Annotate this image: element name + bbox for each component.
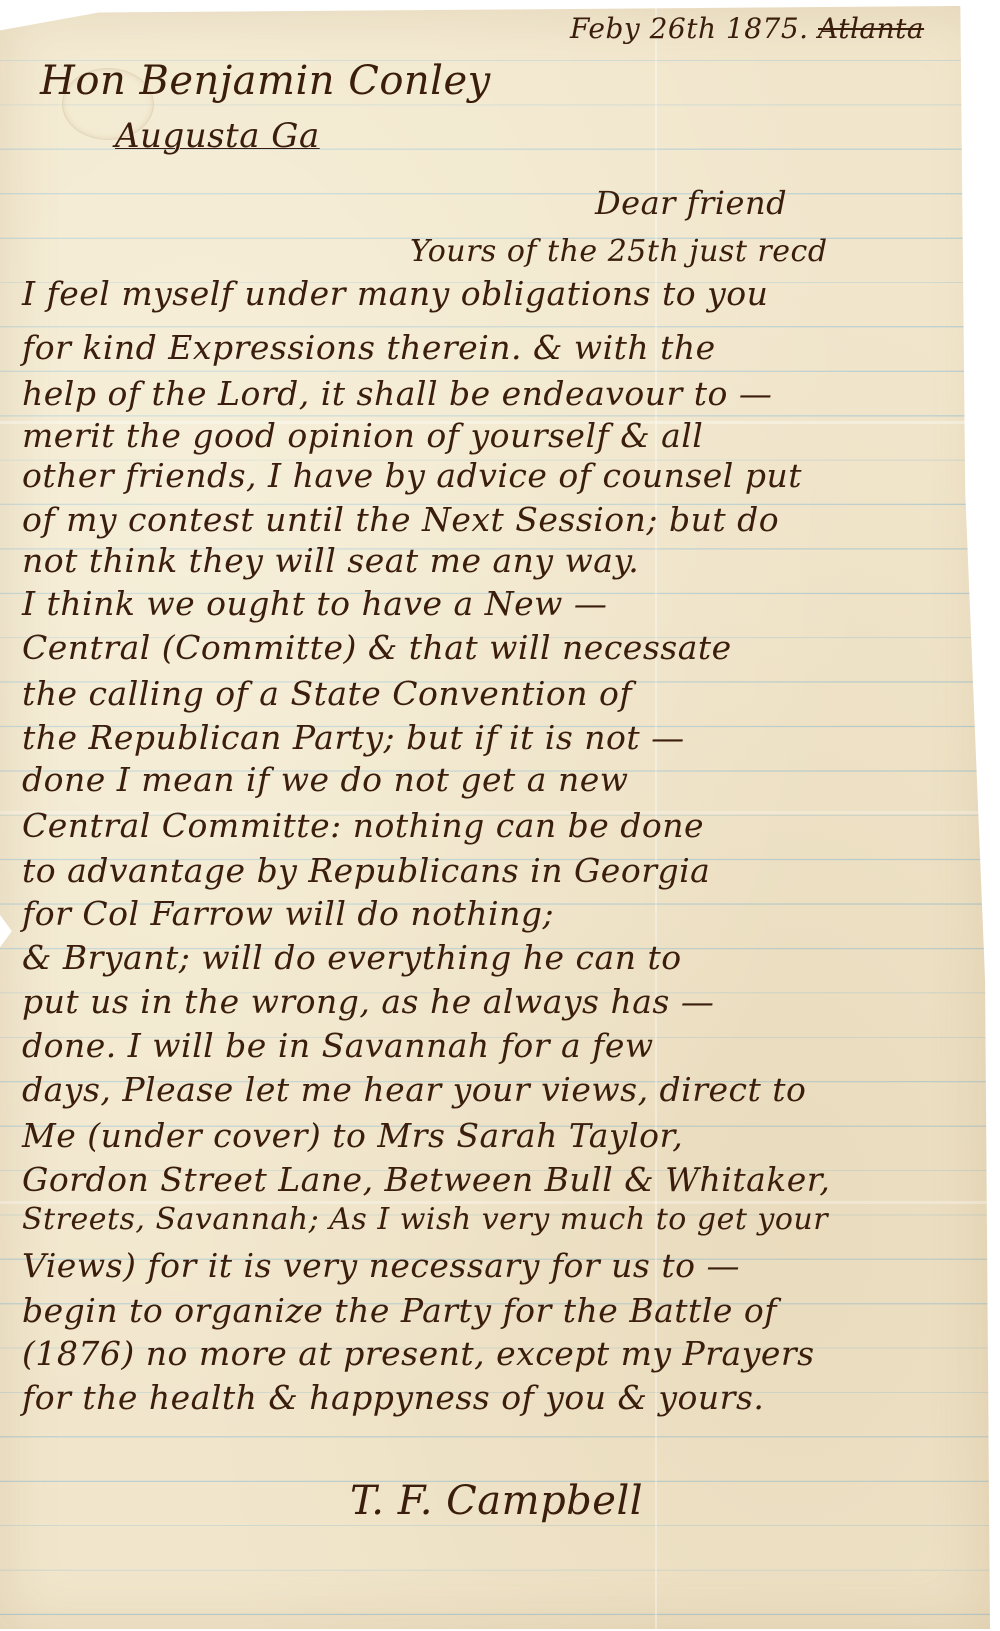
body-line: not think they will seat me any way. [22,541,639,580]
struck-place-text: Atlanta [818,12,924,45]
body-line: the Republican Party; but if it is not — [22,718,685,757]
body-line: I think we ought to have a New — [22,584,607,623]
body-line: Streets, Savannah; As I wish very much t… [22,1202,828,1237]
body-line: for Col Farrow will do nothing; [22,894,554,933]
body-line: for the health & happyness of you & your… [22,1378,764,1417]
body-line: I feel myself under many obligations to … [22,274,768,313]
body-line: put us in the wrong, as he always has — [22,982,714,1021]
body-line: done I mean if we do not get a new [22,760,629,799]
signature: T. F. Campbell [350,1478,643,1524]
body-line: days, Please let me hear your views, dir… [22,1070,806,1109]
letter-page: Feby 26th 1875. Atlanta Hon Benjamin Con… [0,6,990,1629]
body-line: Central Committe: nothing can be done [22,806,704,845]
body-line: & Bryant; will do everything he can to [22,938,682,977]
body-line: the calling of a State Convention of [22,674,632,713]
body-line: merit the good opinion of yourself & all [22,416,703,455]
date-text: Feby 26th 1875. [570,12,809,45]
body-line: to advantage by Republicans in Georgia [22,851,710,890]
body-line: Me (under cover) to Mrs Sarah Taylor, [22,1116,683,1155]
letter-date: Feby 26th 1875. Atlanta [570,12,924,45]
body-line: Views) for it is very necessary for us t… [22,1246,740,1285]
body-line: done. I will be in Savannah for a few [22,1026,654,1065]
body-line: other friends, I have by advice of couns… [22,456,802,495]
body-line: begin to organize the Party for the Batt… [22,1291,777,1330]
recipient-place: Augusta Ga [115,116,320,156]
greeting: Dear friend [595,184,787,222]
recipient-name: Hon Benjamin Conley [40,58,491,104]
body-line: of my contest until the Next Session; bu… [22,500,779,539]
body-line: (1876) no more at present, except my Pra… [22,1334,815,1373]
body-line: help of the Lord, it shall be endeavour … [22,374,772,413]
opening-line: Yours of the 25th just recd [410,234,828,269]
body-line: Gordon Street Lane, Between Bull & Whita… [22,1160,830,1199]
body-line: Central (Committe) & that will necessate [22,628,732,667]
body-line: for kind Expressions therein. & with the [22,328,716,367]
